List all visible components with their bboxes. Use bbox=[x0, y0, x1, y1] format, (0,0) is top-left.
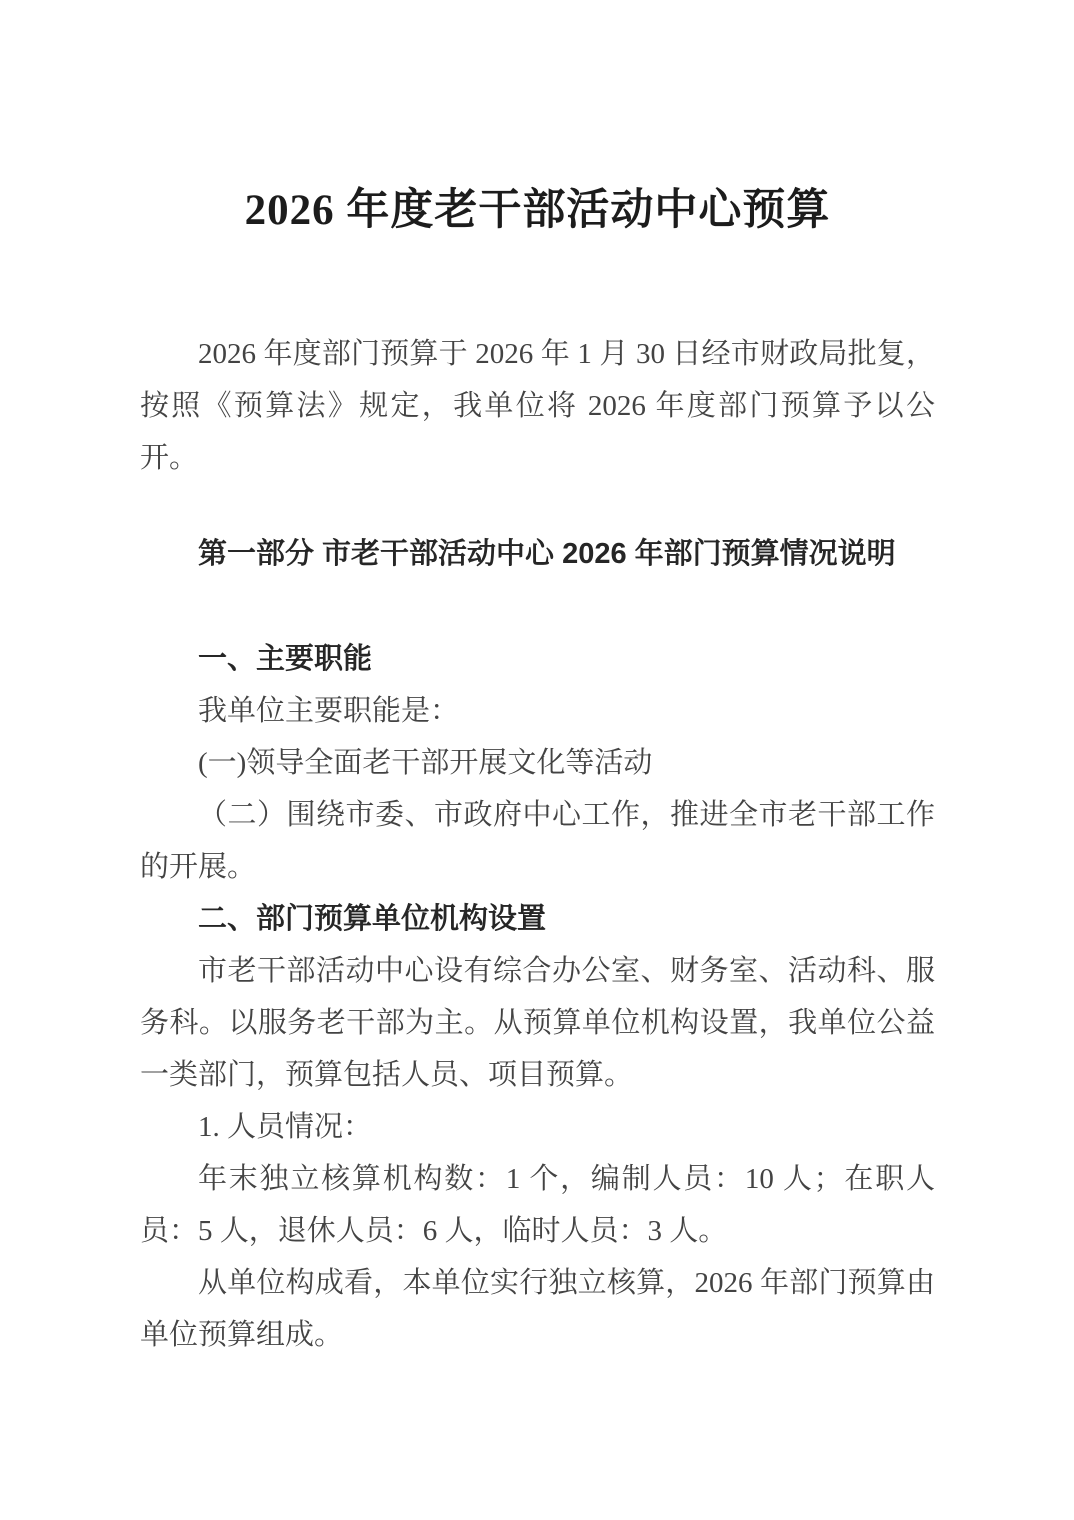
section2-heading: 二、部门预算单位机构设置 bbox=[140, 893, 935, 945]
section2-paragraph-3: 年末独立核算机构数：1 个，编制人员：10 人；在职人员：5 人，退休人员：6 … bbox=[140, 1153, 935, 1257]
section1-paragraph-1: 我单位主要职能是： bbox=[140, 685, 935, 737]
section2-paragraph-2: 1. 人员情况： bbox=[140, 1101, 935, 1153]
document-page: 2026 年度老干部活动中心预算 2026 年度部门预算于 2026 年 1 月… bbox=[0, 0, 1074, 1520]
intro-paragraph: 2026 年度部门预算于 2026 年 1 月 30 日经市财政局批复，按照《预… bbox=[140, 328, 935, 484]
part1-heading: 第一部分 市老干部活动中心 2026 年部门预算情况说明 bbox=[140, 528, 935, 580]
section1-paragraph-3: （二）围绕市委、市政府中心工作，推进全市老干部工作的开展。 bbox=[140, 789, 935, 893]
section1-paragraph-2: (一)领导全面老干部开展文化等活动 bbox=[140, 737, 935, 789]
section2-paragraph-4: 从单位构成看，本单位实行独立核算，2026 年部门预算由单位预算组成。 bbox=[140, 1257, 935, 1361]
document-title: 2026 年度老干部活动中心预算 bbox=[140, 186, 935, 236]
section2-paragraph-1: 市老干部活动中心设有综合办公室、财务室、活动科、服务科。以服务老干部为主。从预算… bbox=[140, 945, 935, 1101]
section1-heading: 一、主要职能 bbox=[140, 633, 935, 685]
